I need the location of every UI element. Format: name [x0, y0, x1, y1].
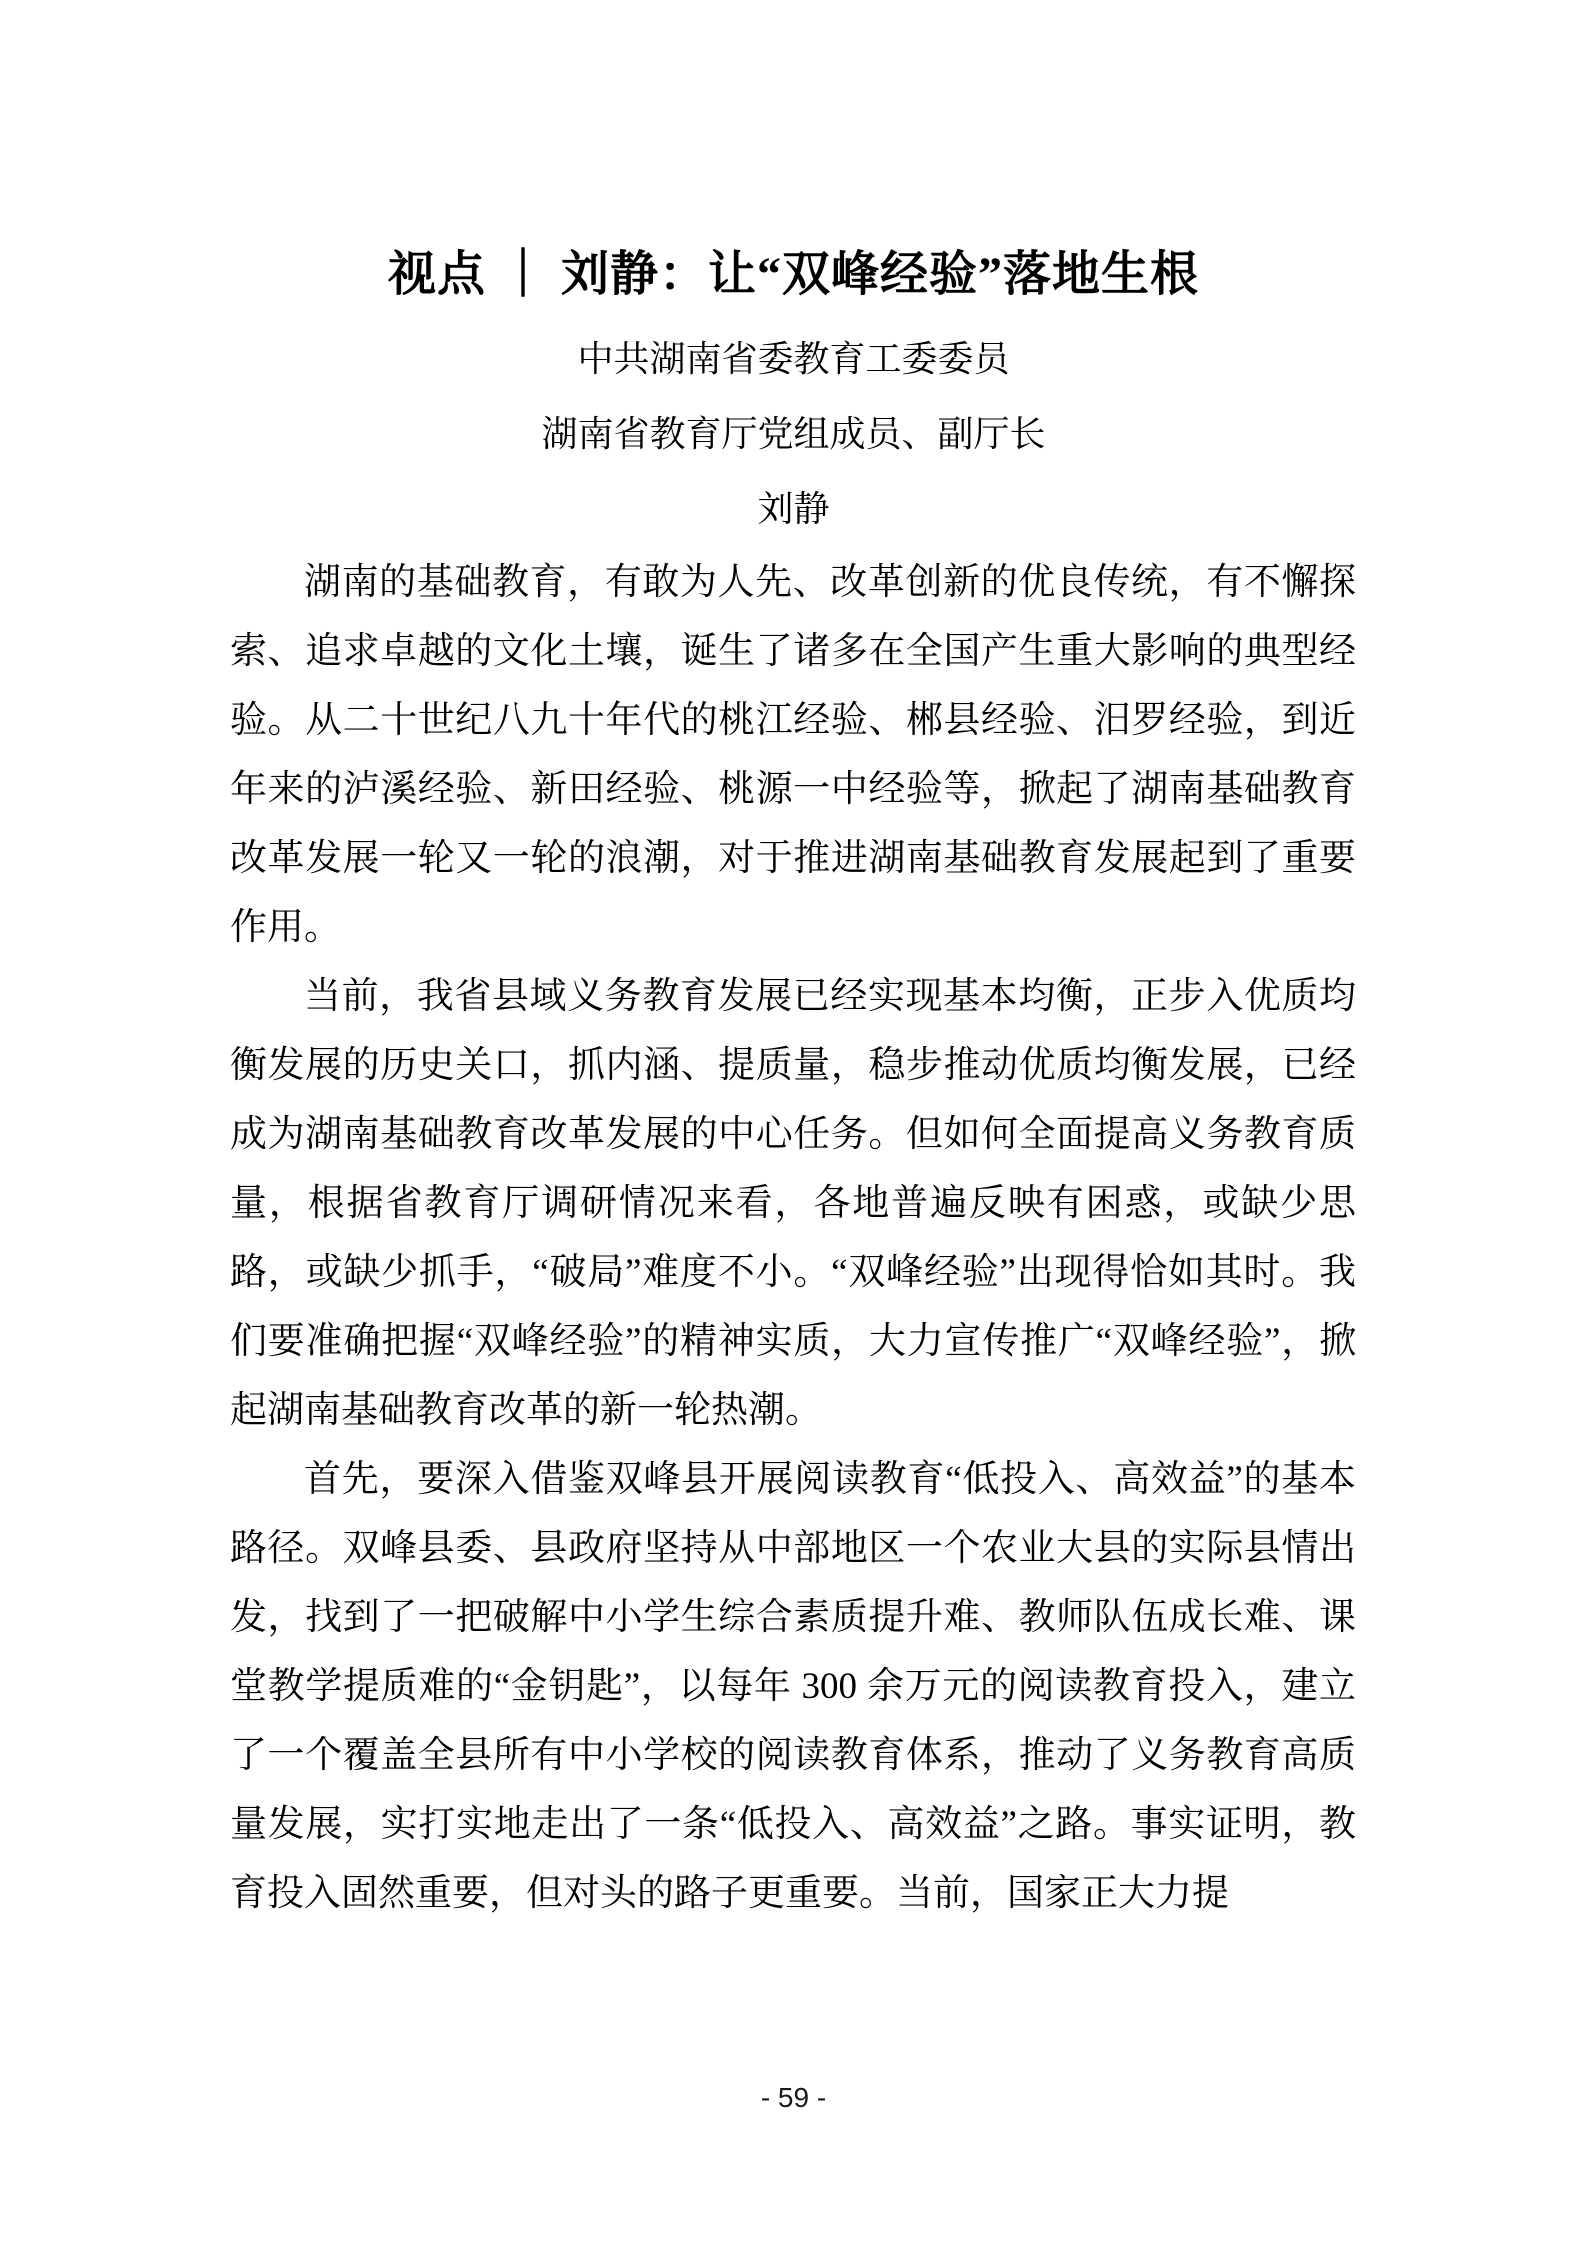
- byline-affiliation-1: 中共湖南省委教育工委委员: [0, 322, 1587, 397]
- document-body: 湖南的基础教育，有敢为人先、改革创新的优良传统，有不懈探索、追求卓越的文化土壤，…: [230, 548, 1356, 1928]
- body-paragraph-2: 当前，我省县域义务教育发展已经实现基本均衡，正步入优质均衡发展的历史关口，抓内涵…: [230, 962, 1356, 1445]
- byline-author: 刘静: [0, 472, 1587, 547]
- body-paragraph-1: 湖南的基础教育，有敢为人先、改革创新的优良传统，有不懈探索、追求卓越的文化土壤，…: [230, 548, 1356, 962]
- body-paragraph-3: 首先，要深入借鉴双峰县开展阅读教育“低投入、高效益”的基本路径。双峰县委、县政府…: [230, 1445, 1356, 1928]
- document-title: 视点 ｜ 刘静：让“双峰经验”落地生根: [0, 246, 1587, 304]
- page-number: - 59 -: [0, 2082, 1587, 2114]
- byline-block: 中共湖南省委教育工委委员 湖南省教育厅党组成员、副厅长 刘静: [0, 322, 1587, 547]
- byline-affiliation-2: 湖南省教育厅党组成员、副厅长: [0, 397, 1587, 472]
- document-page: 视点 ｜ 刘静：让“双峰经验”落地生根 中共湖南省委教育工委委员 湖南省教育厅党…: [0, 0, 1587, 2245]
